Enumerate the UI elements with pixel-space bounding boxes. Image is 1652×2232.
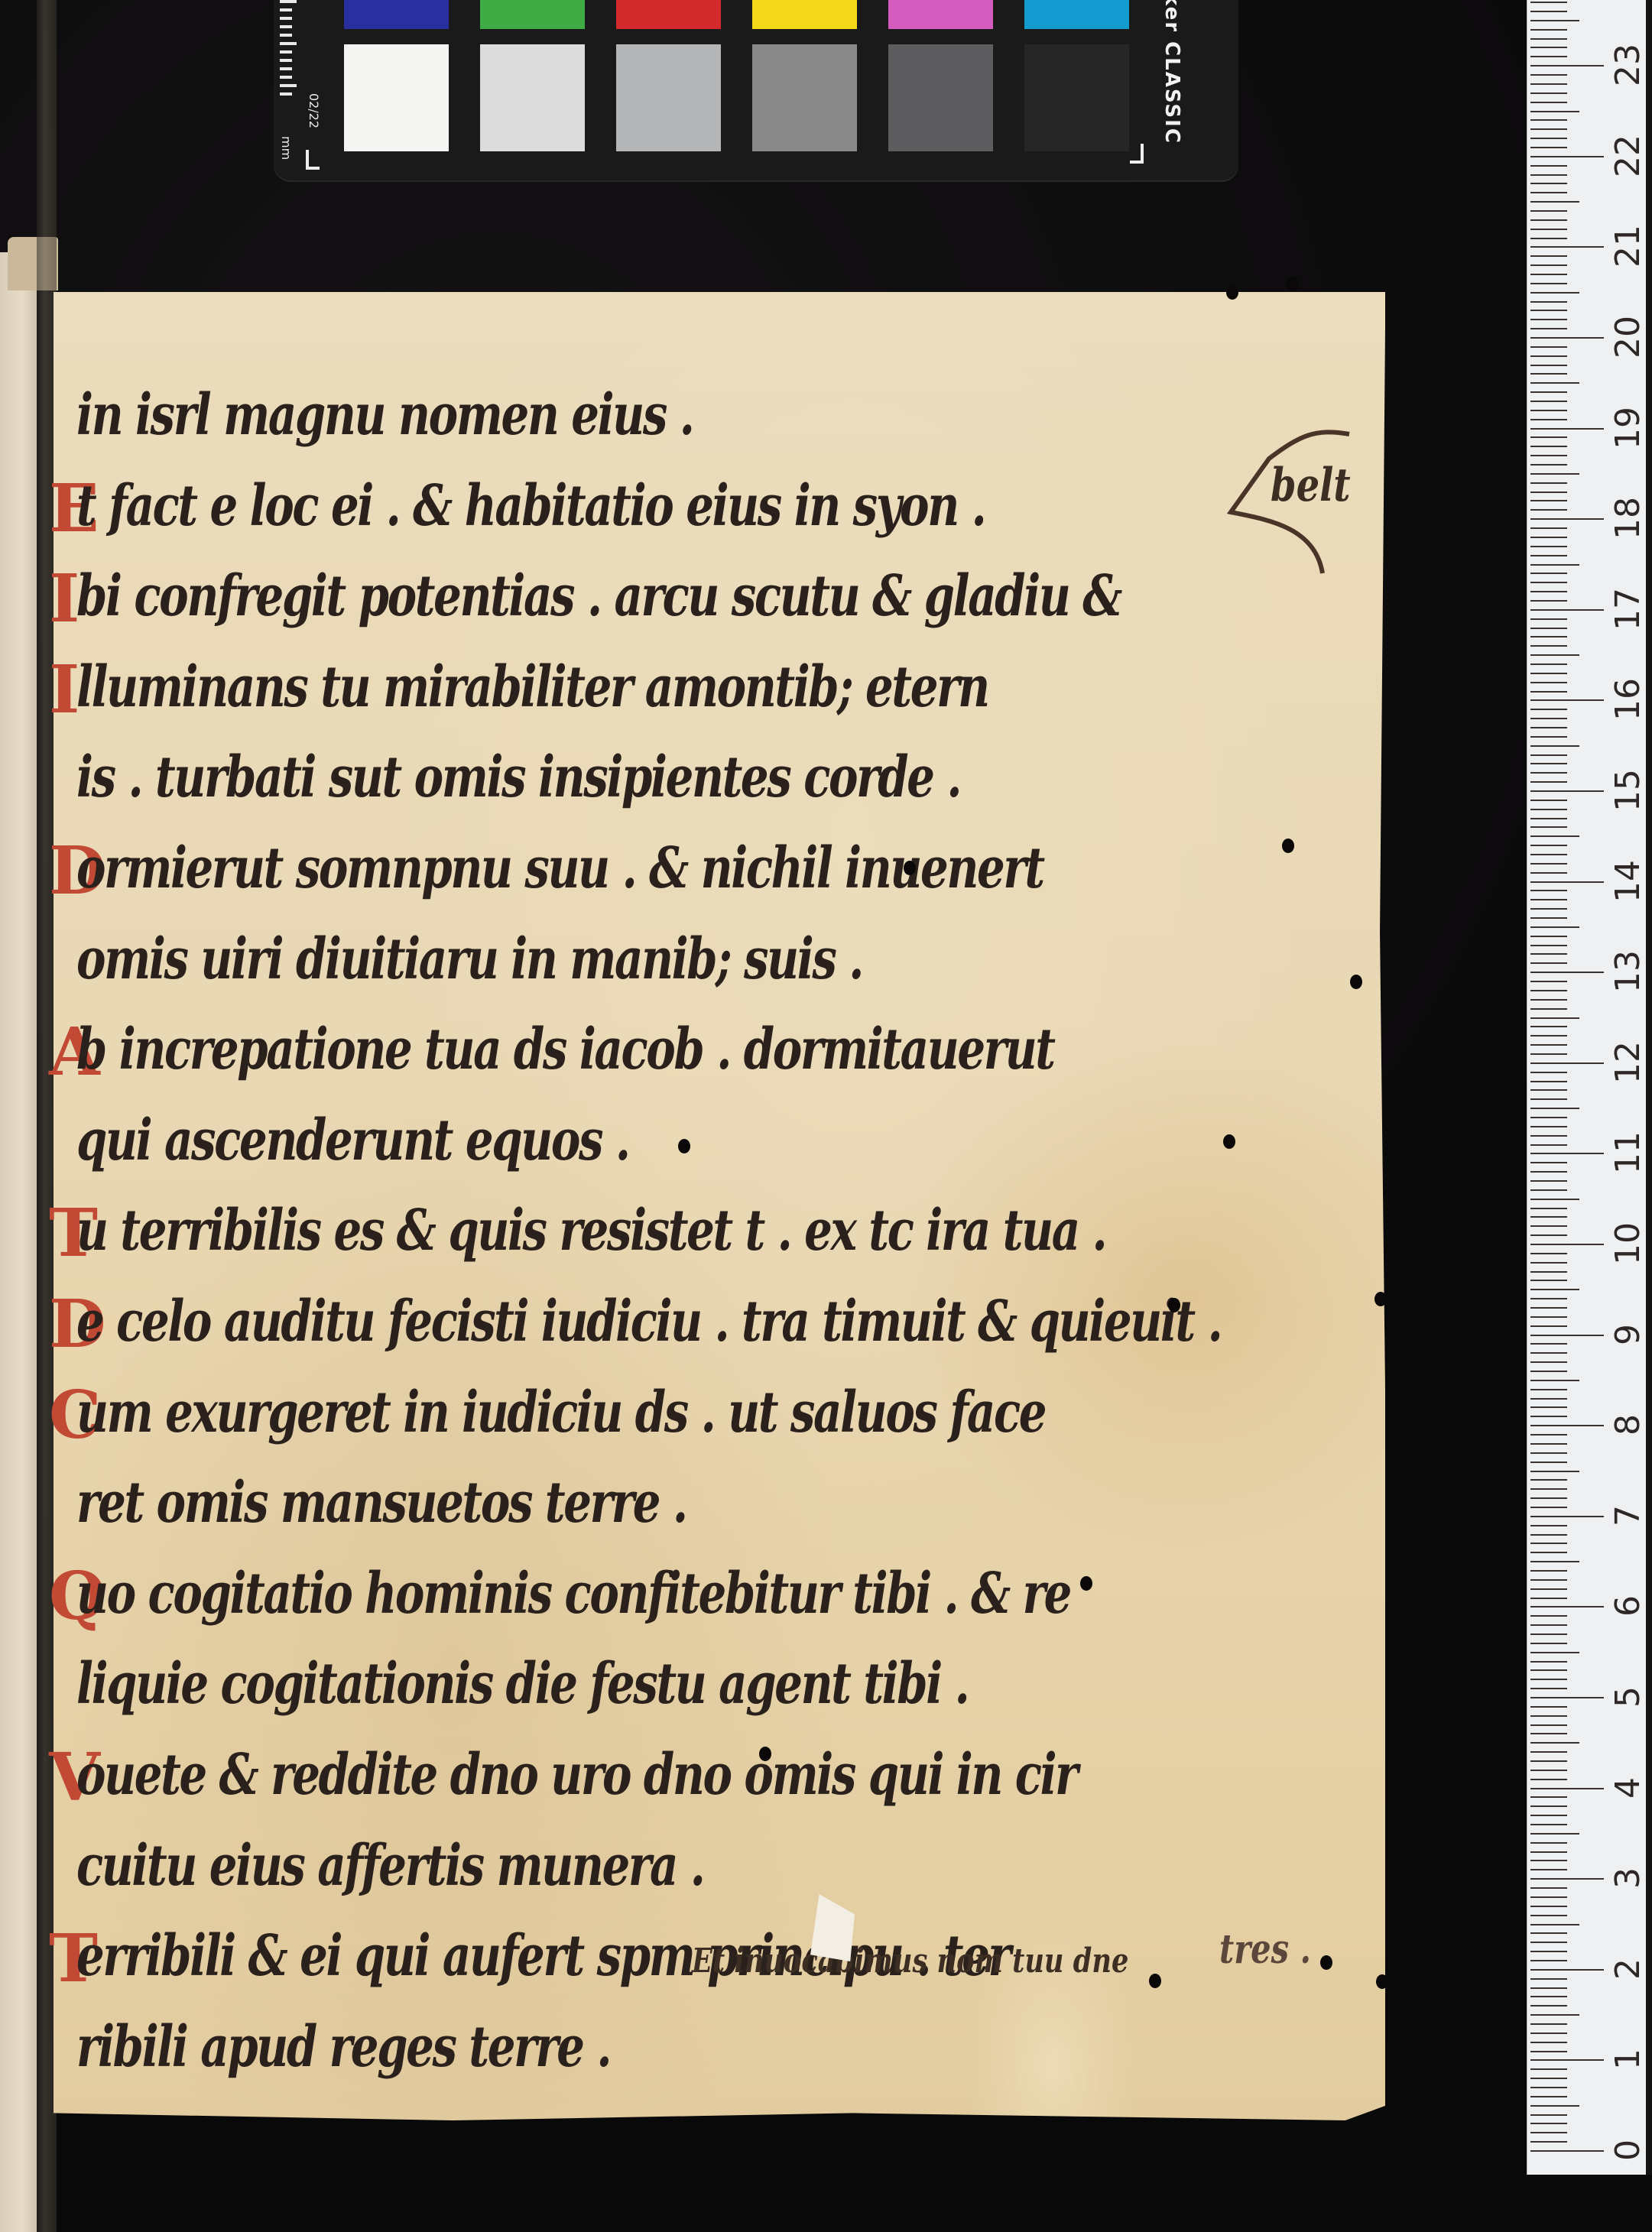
- pin-hole: [1080, 1576, 1092, 1591]
- ruler-tick: [1530, 1932, 1567, 1934]
- ruler-tick: [1530, 600, 1567, 602]
- ruler-tick: [1530, 1543, 1567, 1544]
- ruler-tick: [1530, 102, 1567, 103]
- ruler-tick: [1530, 1081, 1567, 1082]
- checker-scale-tick: [280, 67, 292, 70]
- ruler-tick: [1530, 119, 1567, 121]
- ruler-tick: [1530, 1579, 1567, 1581]
- ruler-tick: [1530, 1815, 1567, 1816]
- ruler-tick: [1530, 2087, 1567, 2088]
- ruler-tick: [1530, 1706, 1567, 1708]
- ruler-tick: [1530, 990, 1567, 991]
- checker-scale-tick: [280, 59, 292, 62]
- ruler-tick: [1530, 464, 1567, 466]
- ruler-tick: [1530, 953, 1567, 955]
- ruler-tick: [1530, 174, 1567, 176]
- ruler-tick: [1530, 1987, 1567, 1989]
- ruler-tick: [1530, 65, 1604, 67]
- checker-corner-mark-left: [306, 150, 320, 170]
- ruler-label: 10: [1611, 1221, 1645, 1267]
- ruler-tick: [1530, 908, 1567, 910]
- ruler-tick: [1530, 1225, 1567, 1227]
- margin-bracket-icon: [1223, 428, 1361, 581]
- ruler-tick: [1530, 936, 1567, 937]
- ruler-label: 15: [1611, 767, 1645, 813]
- ruler-tick: [1530, 763, 1567, 764]
- checker-scale-tick: [280, 42, 297, 45]
- checker-scale-tick: [280, 92, 292, 96]
- ruler-label: 23: [1611, 42, 1645, 88]
- manuscript-line: qui ascenderunt equos .: [76, 1108, 629, 1184]
- ruler-tick: [1530, 219, 1567, 221]
- manuscript-line: ribili apud reges terre .: [76, 2014, 610, 2091]
- ruler-label: 0: [1611, 2127, 1645, 2173]
- manuscript-line: cuitu eius affertis munera .: [76, 1833, 704, 1909]
- ruler-tick: [1530, 1588, 1567, 1590]
- ruler-tick: [1530, 1462, 1567, 1463]
- ruler-tick: [1530, 555, 1567, 556]
- ruler-tick: [1530, 663, 1567, 665]
- ruler-tick: [1530, 564, 1579, 566]
- ruler-label: 9: [1611, 1312, 1645, 1358]
- manuscript-line: u terribilis es & quis resistet t . ex t…: [76, 1198, 1105, 1274]
- ruler-tick: [1530, 229, 1567, 230]
- ruler-tick: [1530, 111, 1579, 112]
- ruler-tick: [1530, 1534, 1567, 1536]
- ruler-tick: [1530, 473, 1579, 475]
- ruler-tick: [1530, 727, 1567, 728]
- checker-date-label: 02/22: [307, 93, 321, 128]
- ruler-tick: [1530, 1425, 1604, 1426]
- ruler-tick: [1530, 1371, 1567, 1372]
- checker-scale-tick: [280, 8, 292, 11]
- ruler-tick: [1530, 718, 1567, 719]
- ruler-tick: [1530, 628, 1567, 629]
- color-checker-card: mm 02/22 ker CLASSIC: [274, 0, 1238, 180]
- ruler-tick: [1530, 20, 1579, 21]
- ruler-label: 2: [1611, 1946, 1645, 1992]
- ruler-tick: [1530, 1089, 1567, 1091]
- ruler-tick: [1530, 1869, 1567, 1870]
- ruler-tick: [1530, 863, 1567, 865]
- ruler-tick: [1530, 1561, 1579, 1562]
- ruler-tick: [1530, 1860, 1567, 1861]
- ruler-tick: [1530, 274, 1567, 275]
- ruler-tick: [1530, 972, 1604, 973]
- color-patch-yellow: [752, 0, 857, 29]
- gray-patch-dark-gray: [888, 44, 993, 151]
- ruler-tick: [1530, 1996, 1567, 1997]
- ruler-label: 18: [1611, 495, 1645, 541]
- ruler-label: 6: [1611, 1583, 1645, 1629]
- ruler-tick: [1530, 2132, 1567, 2133]
- ruler-tick: [1530, 1643, 1567, 1644]
- ruler-tick: [1530, 835, 1579, 837]
- ruler-tick: [1530, 754, 1567, 756]
- cm-ruler: 012345678910111213141516171819202122232: [1527, 0, 1646, 2175]
- ruler-label: 17: [1611, 586, 1645, 632]
- gray-patch-light-gray: [480, 44, 585, 151]
- ruler-tick: [1530, 1652, 1579, 1653]
- ruler-tick: [1530, 1606, 1604, 1607]
- ruler-tick: [1530, 1189, 1567, 1191]
- checker-scale-tick: [280, 25, 292, 28]
- ruler-tick: [1530, 790, 1604, 792]
- ruler-tick: [1530, 436, 1567, 438]
- manuscript-line: liquie cogitationis die festu agent tibi…: [76, 1651, 968, 1728]
- pin-hole: [1282, 839, 1294, 853]
- manuscript-line: ormierut somnpnu suu . & nichil inuenert: [76, 835, 1043, 912]
- ruler-tick: [1530, 1951, 1567, 1952]
- ruler-tick: [1530, 1525, 1567, 1526]
- ruler-tick: [1530, 1108, 1579, 1109]
- manuscript-line: is . turbati sut omis insipientes corde …: [76, 745, 960, 821]
- ruler-tick: [1530, 999, 1567, 1001]
- ruler-tick: [1530, 1216, 1567, 1218]
- ruler-tick: [1530, 1072, 1567, 1073]
- rubricated-initial: I: [49, 651, 80, 728]
- ruler-tick: [1530, 1452, 1567, 1454]
- ruler-tick: [1530, 1796, 1567, 1798]
- ruler-tick: [1530, 745, 1579, 747]
- ruler-tick: [1530, 591, 1567, 592]
- ruler-tick: [1530, 128, 1567, 130]
- ruler-tick: [1530, 654, 1579, 656]
- ruler-label: 16: [1611, 676, 1645, 722]
- ruler-tick: [1530, 826, 1567, 828]
- facing-page-edge: [0, 252, 37, 2232]
- rubricated-initial: I: [49, 560, 80, 637]
- pin-hole: [1226, 285, 1238, 300]
- ruler-tick: [1530, 1234, 1567, 1236]
- ruler-tick: [1530, 147, 1567, 148]
- ruler-tick: [1530, 2150, 1604, 2152]
- ruler-tick: [1530, 573, 1567, 574]
- ruler-label: 1: [1611, 2036, 1645, 2082]
- pin-hole: [1223, 1134, 1235, 1149]
- ruler-tick: [1530, 38, 1567, 40]
- ruler-tick: [1530, 709, 1567, 710]
- ruler-tick: [1530, 1289, 1579, 1290]
- manuscript-line: in isrl magnu nomen eius .: [76, 382, 693, 459]
- ruler-tick: [1530, 518, 1604, 520]
- ruler-tick: [1530, 1434, 1567, 1436]
- ruler-tick: [1530, 962, 1567, 964]
- ruler-tick: [1530, 1497, 1567, 1499]
- ruler-tick: [1530, 83, 1567, 85]
- ruler-tick: [1530, 1153, 1604, 1154]
- pin-hole: [1149, 1974, 1161, 1988]
- ruler-tick: [1530, 1017, 1579, 1019]
- ruler-tick: [1530, 1361, 1567, 1363]
- pin-hole: [1320, 1955, 1332, 1970]
- color-patch-magenta: [888, 0, 993, 29]
- ruler-tick: [1530, 881, 1604, 883]
- ruler-tick: [1530, 1570, 1567, 1572]
- ruler-tick: [1530, 2014, 1579, 2016]
- ruler-tick: [1530, 1715, 1567, 1717]
- ruler-tick: [1530, 1471, 1579, 1472]
- ruler-tick: [1530, 1906, 1567, 1907]
- ruler-tick: [1530, 1598, 1567, 1599]
- ruler-tick: [1530, 1389, 1567, 1390]
- ruler-tick: [1530, 1615, 1567, 1617]
- ruler-tick: [1530, 926, 1579, 928]
- ruler-tick: [1530, 1171, 1567, 1173]
- ruler-tick: [1530, 165, 1567, 167]
- pin-hole: [759, 1747, 771, 1761]
- ruler-tick: [1530, 373, 1567, 375]
- color-patch-cyan: [1024, 0, 1129, 29]
- ruler-tick: [1530, 346, 1567, 348]
- ruler-tick: [1530, 401, 1567, 402]
- ruler-tick: [1530, 1633, 1567, 1635]
- ruler-tick: [1530, 491, 1567, 493]
- ruler-tick: [1530, 1026, 1567, 1027]
- ruler-tick: [1530, 1126, 1567, 1127]
- ruler-tick: [1530, 2042, 1567, 2043]
- ruler-tick: [1530, 917, 1567, 919]
- ruler-tick: [1530, 2105, 1579, 2107]
- ruler-tick: [1530, 1661, 1567, 1663]
- ruler-tick: [1530, 800, 1567, 801]
- ruler-tick: [1530, 1697, 1604, 1698]
- checker-mm-scale: [280, 0, 303, 107]
- pin-hole: [678, 1139, 690, 1153]
- ruler-tick: [1530, 1507, 1567, 1508]
- ruler-tick: [1530, 682, 1567, 683]
- ruler-tick: [1530, 691, 1567, 693]
- ruler-tick: [1530, 1733, 1567, 1734]
- ruler-tick: [1530, 872, 1567, 874]
- checker-scale-tick: [280, 76, 292, 79]
- ruler-tick: [1530, 1335, 1604, 1336]
- ruler-tick: [1530, 1688, 1567, 1689]
- ruler-tick: [1530, 1915, 1567, 1916]
- ruler-tick: [1530, 537, 1567, 538]
- ruler-tick: [1530, 2068, 1567, 2070]
- ruler-tick: [1530, 945, 1567, 946]
- ruler-tick: [1530, 1969, 1604, 1971]
- ruler-tick: [1530, 2, 1567, 3]
- ruler-tick: [1530, 29, 1567, 31]
- ruler-tick: [1530, 2114, 1567, 2116]
- ruler-tick: [1530, 509, 1567, 511]
- ruler-label: 21: [1611, 223, 1645, 269]
- pin-hole: [1375, 1292, 1387, 1306]
- manuscript-line: ret omis mansuetos terre .: [76, 1470, 686, 1546]
- ruler-tick: [1530, 337, 1604, 339]
- ruler-tick: [1530, 500, 1567, 501]
- ruler-label: 5: [1611, 1674, 1645, 1720]
- ruler-label: 3: [1611, 1855, 1645, 1901]
- ruler-label: 4: [1611, 1765, 1645, 1811]
- ruler-tick: [1530, 419, 1567, 420]
- manuscript-line: bi confregit potentias . arcu scutu & gl…: [76, 563, 1121, 640]
- ruler-tick: [1530, 1262, 1567, 1264]
- ruler-tick: [1530, 1824, 1567, 1825]
- ruler-tick: [1530, 2032, 1567, 2034]
- checker-scale-tick: [280, 50, 292, 54]
- ruler-tick: [1530, 809, 1567, 810]
- ruler-tick: [1530, 645, 1567, 647]
- ruler-tick: [1530, 1271, 1567, 1273]
- ruler-label: 14: [1611, 858, 1645, 904]
- ruler-tick: [1530, 1742, 1579, 1744]
- ruler-tick: [1530, 410, 1567, 411]
- ruler-tick: [1530, 2078, 1567, 2079]
- ruler-tick: [1530, 699, 1604, 701]
- checker-scale-tick: [280, 34, 292, 37]
- ruler-tick: [1530, 1479, 1567, 1481]
- ruler-tick: [1530, 673, 1567, 674]
- pin-hole: [904, 861, 916, 875]
- ruler-tick: [1530, 1851, 1567, 1853]
- ruler-tick: [1530, 1842, 1567, 1844]
- ruler-tick: [1530, 1751, 1567, 1753]
- ruler-label: 8: [1611, 1402, 1645, 1448]
- manuscript-line: uo cogitatio hominis confitebitur tibi .…: [76, 1561, 1070, 1637]
- ruler-tick: [1530, 74, 1567, 76]
- ruler-tick: [1530, 264, 1567, 266]
- checker-mm-label: mm: [279, 136, 294, 160]
- ruler-tick: [1530, 391, 1567, 393]
- checker-brand-text: ker CLASSIC: [1160, 0, 1183, 144]
- ruler-tick: [1530, 781, 1567, 783]
- ruler-tick: [1530, 1098, 1567, 1100]
- ruler-tick: [1530, 1760, 1567, 1762]
- ruler-tick: [1530, 1896, 1567, 1898]
- ruler-tick: [1530, 246, 1604, 248]
- ruler-label: 7: [1611, 1493, 1645, 1539]
- ruler-tick: [1530, 1942, 1567, 1943]
- gray-patch-mid-light-gray: [616, 44, 721, 151]
- ruler-tick: [1530, 428, 1604, 430]
- ruler-tick: [1530, 2051, 1567, 2052]
- ruler-tick: [1530, 1199, 1579, 1200]
- ruler-tick: [1530, 636, 1567, 637]
- ruler-tick: [1530, 328, 1567, 329]
- ruler-tick: [1530, 301, 1567, 303]
- ruler-tick: [1530, 1044, 1567, 1046]
- checker-scale-tick: [280, 17, 292, 20]
- ruler-tick: [1530, 546, 1567, 547]
- ruler-label: 19: [1611, 405, 1645, 451]
- ruler-tick: [1530, 818, 1567, 819]
- manuscript-line: lluminans tu mirabiliter amontib; etern: [76, 654, 988, 731]
- ruler-tick: [1530, 201, 1579, 203]
- ruler-tick: [1530, 183, 1567, 184]
- ruler-tick: [1530, 609, 1604, 611]
- ruler-tick: [1530, 1887, 1567, 1889]
- manuscript-line: t fact e loc ei . & habitatio eius in sy…: [76, 473, 985, 550]
- ruler-tick: [1530, 1162, 1567, 1163]
- ruler-tick: [1530, 1316, 1567, 1318]
- ruler-tick: [1530, 1805, 1567, 1807]
- ruler-tick: [1530, 845, 1567, 846]
- ruler-tick: [1530, 1443, 1567, 1445]
- ruler-tick: [1530, 156, 1604, 157]
- pin-hole: [1350, 975, 1362, 989]
- ruler-tick: [1530, 1679, 1567, 1680]
- ruler-edge: [1646, 0, 1652, 2175]
- ruler-label: 12: [1611, 1040, 1645, 1085]
- ruler-tick: [1530, 1960, 1567, 1961]
- ruler-tick: [1530, 2096, 1567, 2097]
- ruler-tick: [1530, 2123, 1567, 2124]
- closing-rubric: Et inuocabimus nom tuu dne: [692, 1942, 1128, 1981]
- ruler-tick: [1530, 527, 1567, 529]
- ruler-tick: [1530, 890, 1567, 891]
- ruler-tick: [1530, 899, 1567, 900]
- ruler-tick: [1530, 1117, 1567, 1118]
- ruler-tick: [1530, 854, 1567, 855]
- ruler-tick: [1530, 1062, 1604, 1064]
- ruler-tick: [1530, 1380, 1579, 1381]
- ruler-tick: [1530, 210, 1567, 212]
- gray-patch-mid-gray: [752, 44, 857, 151]
- ruler-tick: [1530, 1298, 1567, 1299]
- ruler-tick: [1530, 355, 1567, 357]
- ruler-tick: [1530, 1770, 1567, 1771]
- ruler-tick: [1530, 255, 1567, 257]
- color-patch-blue: [344, 0, 449, 29]
- ruler-tick: [1530, 772, 1567, 774]
- pin-hole: [1287, 277, 1299, 291]
- ruler-label: 22: [1611, 133, 1645, 179]
- ruler-tick: [1530, 981, 1567, 982]
- ruler-tick: [1530, 238, 1567, 239]
- ruler-tick: [1530, 1035, 1567, 1037]
- ruler-tick: [1530, 1398, 1567, 1400]
- ruler-tick: [1530, 310, 1567, 311]
- ruler-tick: [1530, 455, 1567, 456]
- ruler-tick: [1530, 2059, 1604, 2061]
- ruler-tick: [1530, 1878, 1604, 1880]
- ruler-tick: [1530, 47, 1567, 48]
- tract-marker: tres .: [1219, 1926, 1311, 1973]
- ruler-tick: [1530, 1406, 1567, 1408]
- ruler-tick: [1530, 138, 1567, 139]
- ruler-tick: [1530, 11, 1567, 12]
- ruler-tick: [1530, 1924, 1579, 1925]
- checker-scale-tick: [280, 84, 297, 87]
- color-patch-green: [480, 0, 585, 29]
- checker-scale-tick: [280, 0, 297, 3]
- ruler-tick: [1530, 582, 1567, 583]
- ruler-tick: [1530, 446, 1567, 447]
- ruler-tick: [1530, 283, 1567, 284]
- gray-patch-white: [344, 44, 449, 151]
- ruler-tick: [1530, 1180, 1567, 1182]
- ruler-tick: [1530, 292, 1579, 294]
- ruler-tick: [1530, 1488, 1567, 1490]
- ruler-tick: [1530, 192, 1567, 193]
- ruler-tick: [1530, 1135, 1567, 1137]
- ruler-tick: [1530, 1724, 1567, 1726]
- ruler-tick: [1530, 1053, 1567, 1055]
- ruler-tick: [1530, 1552, 1567, 1553]
- gray-patch-black: [1024, 44, 1129, 151]
- manuscript-line: omis uiri diuitiaru in manib; suis .: [76, 926, 862, 1003]
- manuscript-line: b increpatione tua ds iacob . dormitauer…: [76, 1017, 1054, 1093]
- ruler-label: 20: [1611, 314, 1645, 360]
- checker-corner-mark-right: [1130, 144, 1144, 164]
- pin-hole: [1376, 1974, 1388, 1989]
- ruler-label: 11: [1611, 1130, 1645, 1176]
- ruler-tick: [1530, 1008, 1567, 1010]
- ruler-tick: [1530, 1253, 1567, 1254]
